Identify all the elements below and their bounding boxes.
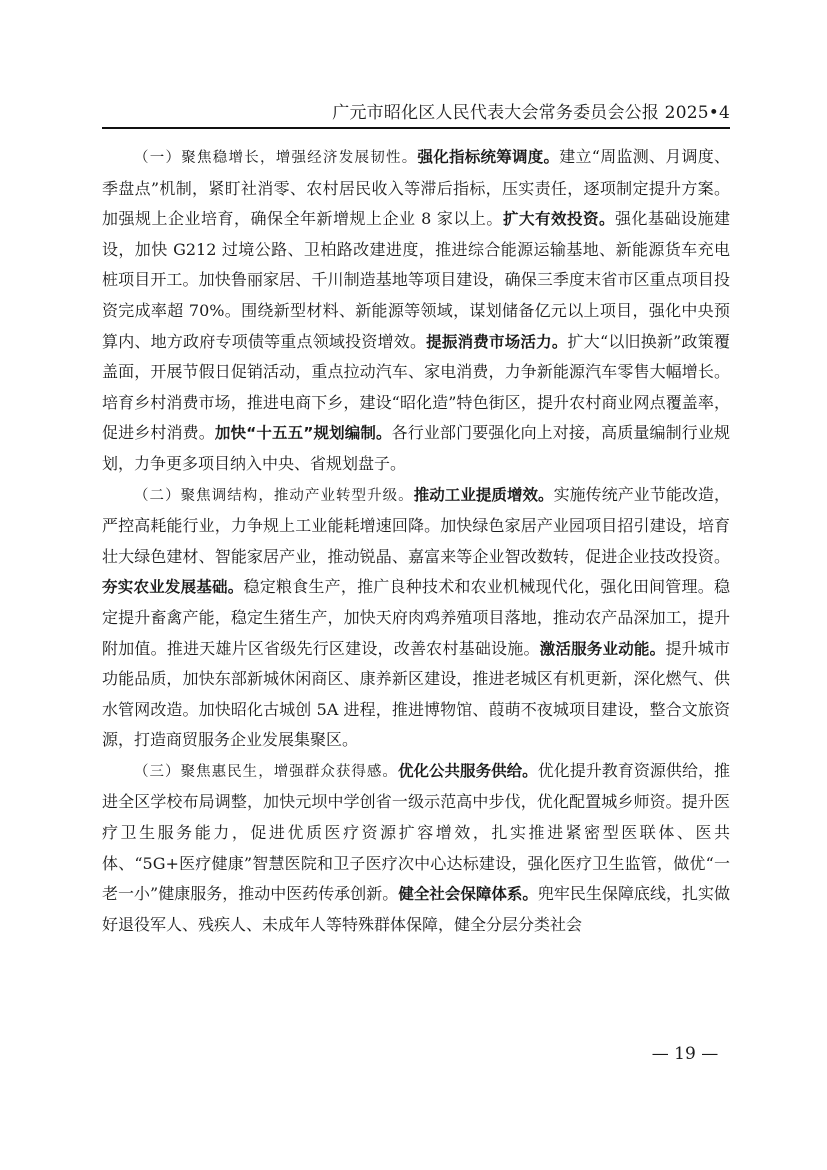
body-text: 强化基础设施建设，加快 G212 过境公路、卫柏路改建进度，推进综合能源运输基地…	[102, 209, 730, 350]
paragraph-1: （一）聚焦稳增长，增强经济发展韧性。强化指标统筹调度。建立“周监测、月调度、季盘…	[102, 142, 730, 480]
paragraph-3: （三）聚焦惠民生，增强群众获得感。优化公共服务供给。优化提升教育资源供给，推进全…	[102, 756, 730, 941]
bold-phrase: 优化公共服务供给。	[398, 762, 538, 780]
section-heading-2: （二）聚焦调结构，推动产业转型升级。	[134, 488, 414, 504]
bold-phrase: 加快“十五五”规划编制。	[215, 424, 392, 442]
bold-phrase: 推动工业提质增效。	[414, 486, 554, 504]
bold-phrase: 扩大有效投资。	[503, 210, 615, 228]
bulletin-header: 广元市昭化区人民代表大会常务委员会公报 2025•4	[102, 102, 730, 124]
document-body: （一）聚焦稳增长，增强经济发展韧性。强化指标统筹调度。建立“周监测、月调度、季盘…	[102, 142, 730, 940]
header-rule	[102, 127, 730, 129]
page-number: — 19 —	[640, 1043, 730, 1065]
paragraph-2: （二）聚焦调结构，推动产业转型升级。推动工业提质增效。实施传统产业节能改造，严控…	[102, 480, 730, 756]
bold-phrase: 夯实农业发展基础。	[102, 578, 244, 596]
bold-phrase: 提振消费市场活力。	[426, 333, 567, 351]
section-heading-1: （一）聚焦稳增长，增强经济发展韧性。	[134, 150, 418, 166]
bold-phrase: 强化指标统筹调度。	[418, 148, 560, 166]
section-heading-3: （三）聚焦惠民生，增强群众获得感。	[134, 764, 398, 780]
body-text: 优化提升教育资源供给，推进全区学校布局调整，加快元坝中学创省一级示范高中步伐，优…	[102, 761, 730, 903]
bold-phrase: 健全社会保障体系。	[398, 885, 538, 903]
bold-phrase: 激活服务业动能。	[540, 640, 666, 658]
